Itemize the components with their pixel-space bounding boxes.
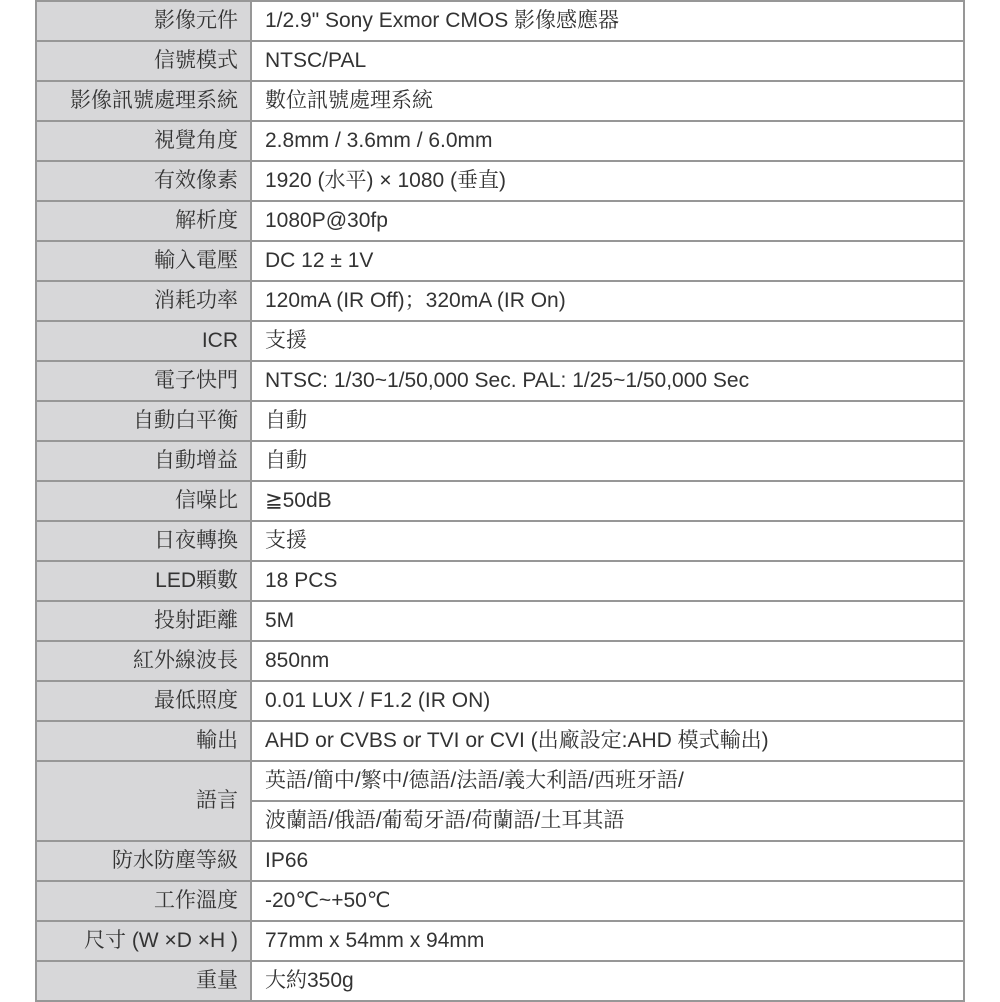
spec-value: 1920 (水平) × 1080 (垂直) (251, 161, 964, 201)
spec-value: 支援 (251, 521, 964, 561)
spec-row: 輸出AHD or CVBS or TVI or CVI (出廠設定:AHD 模式… (36, 721, 964, 761)
spec-value: AHD or CVBS or TVI or CVI (出廠設定:AHD 模式輸出… (251, 721, 964, 761)
spec-label: ICR (36, 321, 251, 361)
spec-value: 18 PCS (251, 561, 964, 601)
spec-row: 解析度1080P@30fp (36, 201, 964, 241)
spec-label: 視覺角度 (36, 121, 251, 161)
spec-label: 自動白平衡 (36, 401, 251, 441)
spec-row: 投射距離5M (36, 601, 964, 641)
spec-label: 重量 (36, 961, 251, 1000)
spec-row: 消耗功率120mA (IR Off)；320mA (IR On) (36, 281, 964, 321)
spec-label: 消耗功率 (36, 281, 251, 321)
spec-label: LED顆數 (36, 561, 251, 601)
spec-label: 紅外線波長 (36, 641, 251, 681)
spec-table-body: 影像元件1/2.9" Sony Exmor CMOS 影像感應器信號模式NTSC… (36, 1, 964, 1000)
spec-label: 影像訊號處理系統 (36, 81, 251, 121)
spec-value: 自動 (251, 441, 964, 481)
spec-value: 120mA (IR Off)；320mA (IR On) (251, 281, 964, 321)
spec-value: NTSC: 1/30~1/50,000 Sec. PAL: 1/25~1/50,… (251, 361, 964, 401)
spec-row: 信號模式NTSC/PAL (36, 41, 964, 81)
spec-row: 重量大約350g (36, 961, 964, 1000)
spec-row: 信噪比≧50dB (36, 481, 964, 521)
spec-label: 信噪比 (36, 481, 251, 521)
spec-row: 工作溫度-20℃~+50℃ (36, 881, 964, 921)
spec-row: 視覺角度2.8mm / 3.6mm / 6.0mm (36, 121, 964, 161)
spec-value: 1/2.9" Sony Exmor CMOS 影像感應器 (251, 1, 964, 41)
spec-row: 影像訊號處理系統數位訊號處理系統 (36, 81, 964, 121)
spec-label: 最低照度 (36, 681, 251, 721)
spec-label: 日夜轉換 (36, 521, 251, 561)
spec-label: 自動增益 (36, 441, 251, 481)
spec-row: 有效像素1920 (水平) × 1080 (垂直) (36, 161, 964, 201)
spec-value: -20℃~+50℃ (251, 881, 964, 921)
spec-row: 自動增益自動 (36, 441, 964, 481)
spec-row: 輸入電壓DC 12 ± 1V (36, 241, 964, 281)
spec-label: 影像元件 (36, 1, 251, 41)
spec-row: 防水防塵等級IP66 (36, 841, 964, 881)
spec-label: 投射距離 (36, 601, 251, 641)
spec-label: 電子快門 (36, 361, 251, 401)
spec-row: LED顆數18 PCS (36, 561, 964, 601)
spec-label: 防水防塵等級 (36, 841, 251, 881)
spec-value: 波蘭語/俄語/葡萄牙語/荷蘭語/土耳其語 (251, 801, 964, 841)
spec-label: 有效像素 (36, 161, 251, 201)
spec-value: 77mm x 54mm x 94mm (251, 921, 964, 961)
spec-label: 工作溫度 (36, 881, 251, 921)
spec-sheet: 影像元件1/2.9" Sony Exmor CMOS 影像感應器信號模式NTSC… (35, 0, 963, 1000)
spec-value: 850nm (251, 641, 964, 681)
spec-label: 輸入電壓 (36, 241, 251, 281)
spec-value: 自動 (251, 401, 964, 441)
spec-row: 日夜轉換支援 (36, 521, 964, 561)
spec-value: 1080P@30fp (251, 201, 964, 241)
spec-value: NTSC/PAL (251, 41, 964, 81)
spec-row: 影像元件1/2.9" Sony Exmor CMOS 影像感應器 (36, 1, 964, 41)
spec-label: 信號模式 (36, 41, 251, 81)
spec-value: 數位訊號處理系統 (251, 81, 964, 121)
spec-row: 最低照度0.01 LUX / F1.2 (IR ON) (36, 681, 964, 721)
spec-value: 0.01 LUX / F1.2 (IR ON) (251, 681, 964, 721)
spec-value: IP66 (251, 841, 964, 881)
spec-label: 解析度 (36, 201, 251, 241)
spec-value: 英語/簡中/繁中/德語/法語/義大利語/西班牙語/ (251, 761, 964, 801)
spec-value: ≧50dB (251, 481, 964, 521)
spec-row: 紅外線波長850nm (36, 641, 964, 681)
spec-value: 2.8mm / 3.6mm / 6.0mm (251, 121, 964, 161)
spec-value: 5M (251, 601, 964, 641)
spec-row: 電子快門NTSC: 1/30~1/50,000 Sec. PAL: 1/25~1… (36, 361, 964, 401)
spec-value: 支援 (251, 321, 964, 361)
spec-row: 語言英語/簡中/繁中/德語/法語/義大利語/西班牙語/ (36, 761, 964, 801)
spec-row: 尺寸 (W ×D ×H )77mm x 54mm x 94mm (36, 921, 964, 961)
spec-label: 語言 (36, 761, 251, 841)
spec-row: ICR支援 (36, 321, 964, 361)
spec-value: 大約350g (251, 961, 964, 1000)
spec-label: 尺寸 (W ×D ×H ) (36, 921, 251, 961)
spec-value: DC 12 ± 1V (251, 241, 964, 281)
spec-row: 自動白平衡自動 (36, 401, 964, 441)
spec-label: 輸出 (36, 721, 251, 761)
spec-table: 影像元件1/2.9" Sony Exmor CMOS 影像感應器信號模式NTSC… (35, 0, 965, 1000)
